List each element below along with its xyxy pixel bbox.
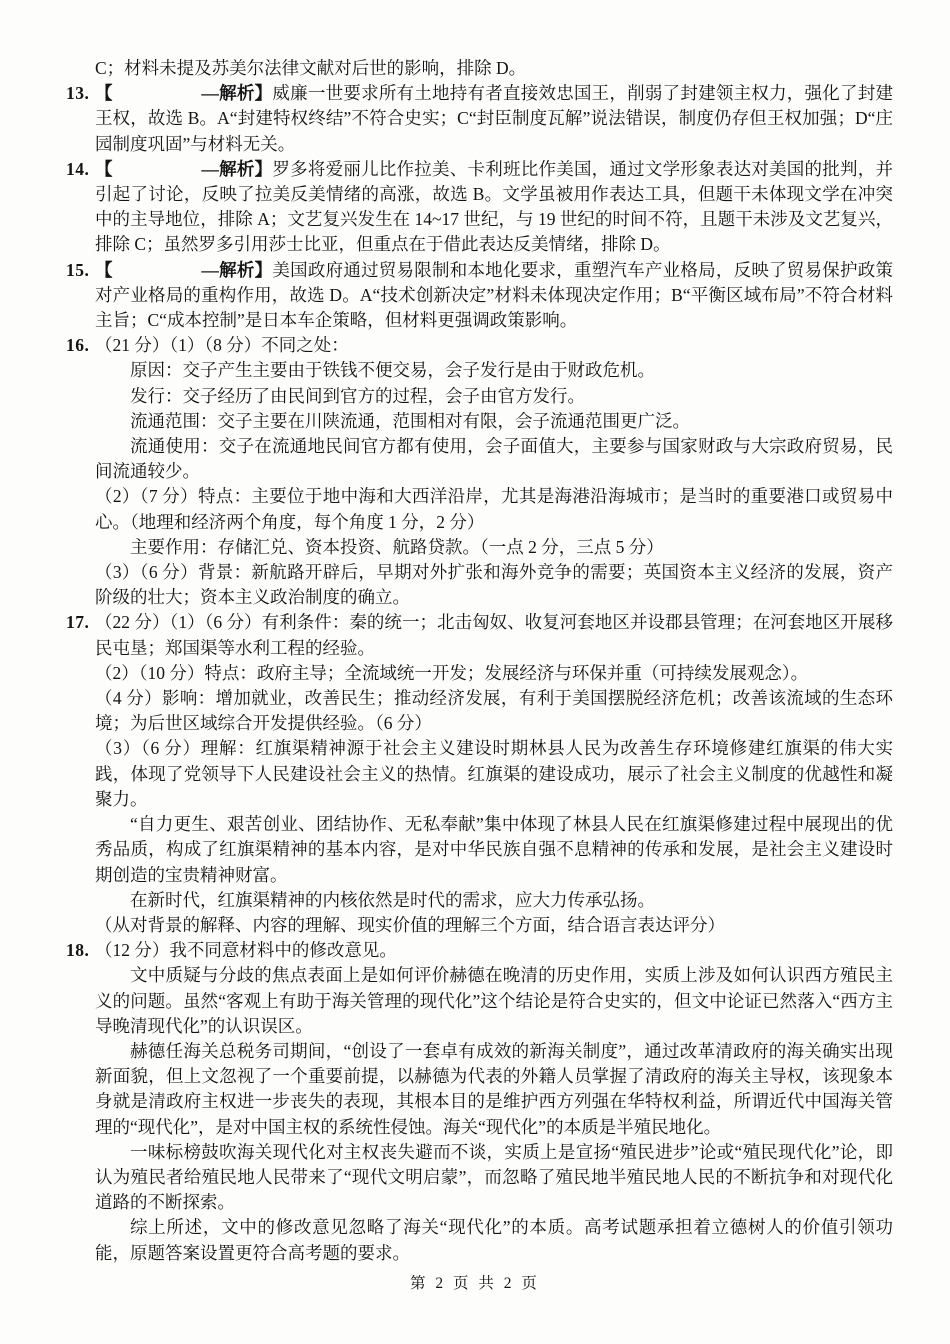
answer-paragraph: 流通范围：交子主要在川陕流通，范围相对有限，会子流通范围更广泛。: [95, 409, 893, 434]
answer-paragraph: （21 分）（1）（8 分）不同之处：: [95, 333, 893, 358]
paragraph-text: 原因：交子产生主要由于铁钱不便交易，会子发行是由于财政危机。: [130, 360, 655, 380]
answer-paragraph: 发行：交子经历了由民间到官方的过程，会子由官方发行。: [95, 384, 893, 409]
answer-bracket-label: 【 —解析】: [95, 83, 272, 103]
paragraph-text: 赫德任海关总税务司期间，“创设了一套卓有成效的新海关制度”，通过改革清政府的海关…: [95, 1041, 893, 1137]
paragraph-text: （2）（7 分）特点：主要位于地中海和大西洋沿岸，尤其是海港沿海城市；是当时的重…: [95, 486, 893, 531]
answer-item-16: 16.（21 分）（1）（8 分）不同之处：原因：交子产生主要由于铁钱不便交易，…: [66, 333, 893, 610]
paragraph-text: （3）（6 分）背景：新航路开辟后，早期对外扩张和海外竞争的需要；英国资本主义经…: [95, 562, 893, 607]
answer-key-body: C；材料未提及苏美尔法律文献对后世的影响，排除 D。13.【 —解析】威廉一世要…: [66, 56, 893, 1266]
answer-paragraph: （12 分）我不同意材料中的修改意见。: [95, 938, 893, 963]
answer-item-15: 15.【 —解析】美国政府通过贸易限制和本地化要求，重塑汽车产业格局，反映了贸易…: [66, 258, 893, 334]
answer-paragraph: 主要作用：存储汇兑、资本投资、航路贷款。（一点 2 分，三点 5 分）: [95, 535, 893, 560]
answer-paragraph: 流通使用：交子在流通地民间官方都有使用，会子面值大，主要参与国家财政与大宗政府贸…: [95, 434, 893, 484]
paragraph-text: （21 分）（1）（8 分）不同之处：: [95, 335, 349, 355]
paragraph-text: 主要作用：存储汇兑、资本投资、航路贷款。（一点 2 分，三点 5 分）: [130, 537, 664, 557]
answer-item-13: 13.【 —解析】威廉一世要求所有土地持有者直接效忠国王，削弱了封建领主权力，强…: [66, 81, 893, 157]
answer-item-18: 18.（12 分）我不同意材料中的修改意见。文中质疑与分歧的焦点表面上是如何评价…: [66, 938, 893, 1266]
answer-paragraph: （2）（10 分）特点：政府主导；全流域统一开发；发展经济与环保并重（可持续发展…: [95, 661, 893, 686]
answer-paragraph: （2）（7 分）特点：主要位于地中海和大西洋沿岸，尤其是海港沿海城市；是当时的重…: [95, 484, 893, 534]
answer-bracket-label: 【 —解析】: [95, 159, 272, 179]
answer-bracket-label: 【 —解析】: [95, 260, 272, 280]
question-number: 18.: [66, 938, 89, 963]
answer-item-continuation: C；材料未提及苏美尔法律文献对后世的影响，排除 D。: [66, 56, 893, 81]
question-number: 16.: [66, 333, 89, 358]
paragraph-text: （22 分）（1）（6 分）有利条件：秦的统一；北击匈奴、收复河套地区并设郡县管…: [95, 612, 893, 657]
answer-paragraph: “自力更生、艰苦创业、团结协作、无私奉献”集中体现了林县人民在红旗渠修建过程中展…: [95, 812, 893, 888]
paragraph-text: （12 分）我不同意材料中的修改意见。: [95, 940, 397, 960]
document-page: C；材料未提及苏美尔法律文献对后世的影响，排除 D。13.【 —解析】威廉一世要…: [0, 0, 950, 1344]
paragraph-text: “自力更生、艰苦创业、团结协作、无私奉献”集中体现了林县人民在红旗渠修建过程中展…: [95, 814, 893, 884]
answer-paragraph: 【 —解析】威廉一世要求所有土地持有者直接效忠国王，削弱了封建领主权力，强化了封…: [95, 81, 893, 157]
paragraph-text: 流通范围：交子主要在川陕流通，范围相对有限，会子流通范围更广泛。: [130, 411, 690, 431]
answer-paragraph: （3）（6 分）背景：新航路开辟后，早期对外扩张和海外竞争的需要；英国资本主义经…: [95, 560, 893, 610]
paragraph-text: （4 分）影响：增加就业，改善民生；推动经济发展，有利于美国摆脱经济危机；改善该…: [95, 688, 893, 733]
answer-paragraph: （22 分）（1）（6 分）有利条件：秦的统一；北击匈奴、收复河套地区并设郡县管…: [95, 610, 893, 660]
paragraph-text: 文中质疑与分歧的焦点表面上是如何评价赫德在晚清的历史作用，实质上涉及如何认识西方…: [95, 965, 893, 1035]
answer-paragraph: 【 —解析】罗多将爱丽儿比作拉美、卡利班比作美国，通过文学形象表达对美国的批判，…: [95, 157, 893, 258]
paragraph-text: 在新时代，红旗渠精神的内核依然是时代的需求，应大力传承弘扬。: [130, 890, 655, 910]
answer-item-17: 17.（22 分）（1）（6 分）有利条件：秦的统一；北击匈奴、收复河套地区并设…: [66, 610, 893, 938]
answer-paragraph: （3）（6 分）理解：红旗渠精神源于社会主义建设时期林县人民为改善生存环境修建红…: [95, 736, 893, 812]
answer-paragraph: （从对背景的解释、内容的理解、现实价值的理解三个方面，结合语言表达评分）: [95, 913, 893, 938]
paragraph-text: （3）（6 分）理解：红旗渠精神源于社会主义建设时期林县人民为改善生存环境修建红…: [95, 738, 893, 808]
answer-paragraph: 在新时代，红旗渠精神的内核依然是时代的需求，应大力传承弘扬。: [95, 888, 893, 913]
page-number-footer: 第 2 页 共 2 页: [0, 1271, 950, 1296]
paragraph-text: 一味标榜鼓吹海关现代化对主权丧失避而不谈，实质上是宣扬“殖民进步”论或“殖民现代…: [95, 1142, 893, 1212]
answer-paragraph: 一味标榜鼓吹海关现代化对主权丧失避而不谈，实质上是宣扬“殖民进步”论或“殖民现代…: [95, 1140, 893, 1216]
paragraph-text: 综上所述，文中的修改意见忽略了海关“现代化”的本质。高考试题承担着立德树人的价值…: [95, 1217, 893, 1262]
paragraph-text: 发行：交子经历了由民间到官方的过程，会子由官方发行。: [130, 386, 585, 406]
answer-paragraph: C；材料未提及苏美尔法律文献对后世的影响，排除 D。: [95, 56, 893, 81]
paragraph-text: （2）（10 分）特点：政府主导；全流域统一开发；发展经济与环保并重（可持续发展…: [95, 663, 808, 683]
paragraph-text: C；材料未提及苏美尔法律文献对后世的影响，排除 D。: [95, 58, 526, 78]
answer-item-14: 14.【 —解析】罗多将爱丽儿比作拉美、卡利班比作美国，通过文学形象表达对美国的…: [66, 157, 893, 258]
answer-paragraph: 赫德任海关总税务司期间，“创设了一套卓有成效的新海关制度”，通过改革清政府的海关…: [95, 1039, 893, 1140]
question-number: 17.: [66, 610, 89, 635]
question-number: 13.: [66, 81, 89, 106]
answer-paragraph: 【 —解析】美国政府通过贸易限制和本地化要求，重塑汽车产业格局，反映了贸易保护政…: [95, 258, 893, 334]
question-number: 15.: [66, 258, 89, 283]
answer-paragraph: 文中质疑与分歧的焦点表面上是如何评价赫德在晚清的历史作用，实质上涉及如何认识西方…: [95, 963, 893, 1039]
question-number: 14.: [66, 157, 89, 182]
paragraph-text: 流通使用：交子在流通地民间官方都有使用，会子面值大，主要参与国家财政与大宗政府贸…: [95, 436, 893, 481]
answer-paragraph: （4 分）影响：增加就业，改善民生；推动经济发展，有利于美国摆脱经济危机；改善该…: [95, 686, 893, 736]
answer-paragraph: 综上所述，文中的修改意见忽略了海关“现代化”的本质。高考试题承担着立德树人的价值…: [95, 1215, 893, 1265]
paragraph-text: （从对背景的解释、内容的理解、现实价值的理解三个方面，结合语言表达评分）: [95, 915, 725, 935]
answer-paragraph: 原因：交子产生主要由于铁钱不便交易，会子发行是由于财政危机。: [95, 358, 893, 383]
